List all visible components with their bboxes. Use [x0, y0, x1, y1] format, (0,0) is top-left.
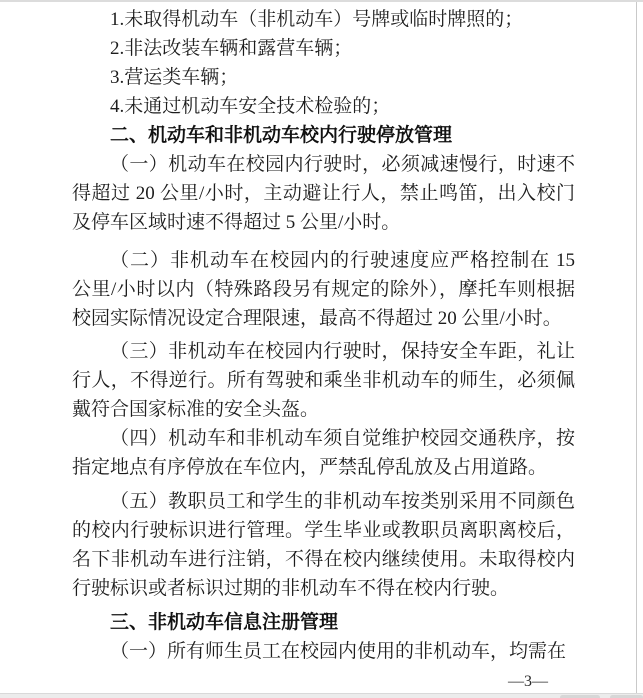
section-3-heading: 三、非机动车信息注册管理	[72, 608, 575, 637]
section-2-paragraph: （五）教职员工和学生的非机动车按类别采用不同颜色的校内行驶标识进行管理。学生毕业…	[72, 487, 575, 603]
document-content: 1.未取得机动车（非机动车）号牌或临时牌照的； 2.非法改装车辆和露营车辆； 3…	[72, 5, 575, 666]
section-2-paragraph: （二）非机动车在校园内的行驶速度应严格控制在 15 公里/小时以内（特殊路段另有…	[72, 246, 575, 333]
document-page: 1.未取得机动车（非机动车）号牌或临时牌照的； 2.非法改装车辆和露营车辆； 3…	[0, 0, 643, 698]
section-2-paragraph: （一）机动车在校园内行驶时，必须减速慢行，时速不得超过 20 公里/小时，主动避…	[72, 150, 575, 237]
section-2-paragraph: （四）机动车和非机动车须自觉维护校园交通秩序，按指定地点有序停放在车位内，严禁乱…	[72, 424, 575, 482]
page-right-edge-divider	[636, 2, 637, 693]
list-item: 3.营运类车辆；	[72, 63, 575, 92]
section-3-paragraph: （一）所有师生员工在校园内使用的非机动车，均需在	[72, 637, 575, 666]
list-item: 4.未通过机动车安全技术检验的；	[72, 92, 575, 121]
page-number: —3—	[495, 673, 561, 691]
list-item: 2.非法改装车辆和露营车辆；	[72, 34, 575, 63]
section-2-paragraph: （三）非机动车在校园内行驶时，保持安全车距，礼让行人，不得逆行。所有驾驶和乘坐非…	[72, 337, 575, 424]
horizontal-scrollbar[interactable]	[0, 693, 643, 698]
list-item: 1.未取得机动车（非机动车）号牌或临时牌照的；	[72, 5, 575, 34]
section-2-heading: 二、机动车和非机动车校内行驶停放管理	[72, 121, 575, 150]
